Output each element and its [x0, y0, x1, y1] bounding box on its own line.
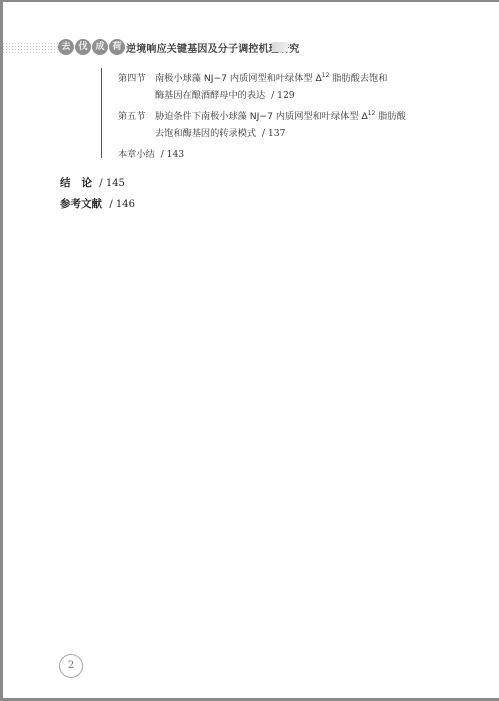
decorative-ornament-icon	[272, 42, 288, 52]
page-ref: / 145	[99, 178, 125, 189]
entry-label: 结 论	[60, 177, 92, 189]
toc-entry-references[interactable]: 参考文献 / 146	[60, 196, 135, 211]
section-title-line2: 去饱和酶基因的转录模式 / 137	[155, 125, 285, 139]
page-ref: / 143	[161, 149, 185, 160]
series-badge: 荷	[109, 39, 125, 55]
decorative-stripes	[3, 41, 58, 53]
summary-label: 本章小结	[118, 149, 155, 160]
toc-entry-conclusion[interactable]: 结 论 / 145	[60, 175, 125, 190]
section-number: 第四节	[118, 70, 146, 84]
series-badge: 去	[58, 39, 74, 55]
page-ref: / 146	[109, 199, 135, 210]
running-header: 去 伐 成 荷 逆境响应关键基因及分子调控机理研究	[0, 36, 499, 58]
page-number: 2	[59, 654, 83, 678]
series-badge: 成	[92, 39, 108, 55]
series-badge: 伐	[75, 39, 91, 55]
section-title-line1: 胁迫条件下南极小球藻 NJ−7 内质网型和叶绿体型 Δ12 脂肪酸	[155, 108, 406, 122]
entry-label: 参考文献	[60, 198, 102, 210]
page-ref: / 129	[271, 90, 295, 101]
toc-vertical-rule	[101, 68, 102, 158]
section-title-line2: 酶基因在酿酒酵母中的表达 / 129	[155, 87, 295, 101]
series-badges: 去 伐 成 荷	[58, 39, 125, 55]
page-border-top	[0, 0, 499, 2]
section-number: 第五节	[118, 108, 146, 122]
page-ref: / 137	[262, 128, 286, 139]
page-border-left	[0, 0, 3, 701]
section-title-line1: 南极小球藻 NJ−7 内质网型和叶绿体型 Δ12 脂肪酸去饱和	[155, 70, 387, 84]
